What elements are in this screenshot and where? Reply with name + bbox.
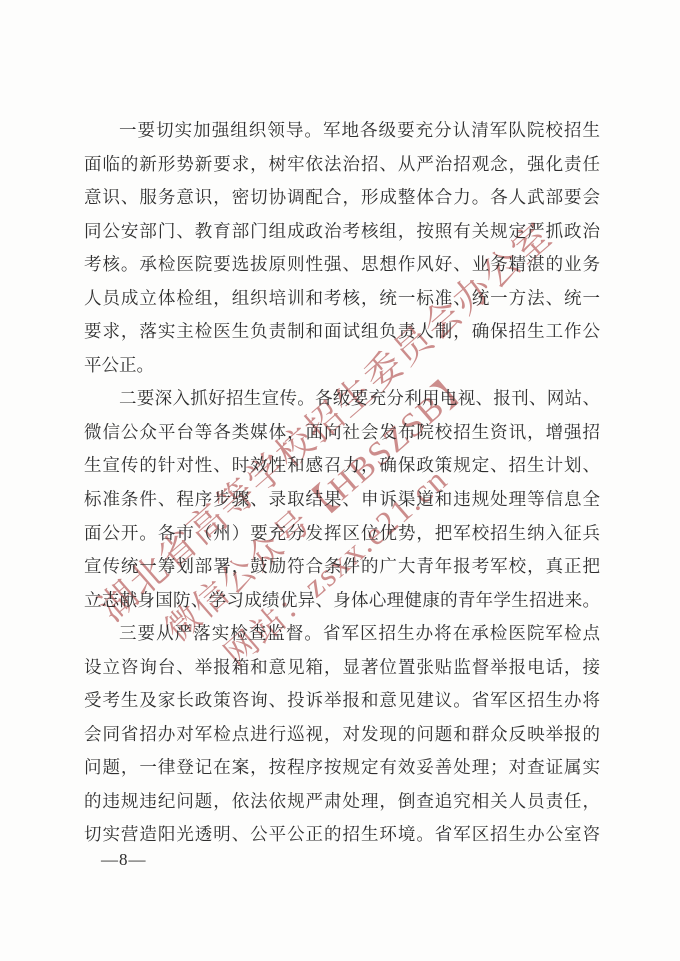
text-line: 考核。承检医院要选拔原则性强、思想作风好、业务精湛的业务 [84, 248, 600, 282]
text-line: 三要从严落实检查监督。省军区招生办将在承检医院军检点 [84, 617, 600, 651]
text-line: 二要深入抓好招生宣传。各级要充分利用电视、报刊、网站、 [84, 382, 600, 416]
text-line: 生宣传的针对性、时效性和感召力，确保政策规定、招生计划、 [84, 449, 600, 483]
text-line: 标准条件、程序步骤、录取结果、申诉渠道和违规处理等信息全 [84, 483, 600, 517]
text-line: 切实营造阳光透明、公平公正的招生环境。省军区招生办公室咨 [84, 818, 600, 852]
text-line: 面公开。各市（州）要充分发挥区位优势，把军校招生纳入征兵 [84, 517, 600, 551]
text-line: 的违规违纪问题，依法依规严肃处理，倒查追究相关人员责任， [84, 785, 600, 819]
text-line: 微信公众平台等各类媒体，面向社会发布院校招生资讯，增强招 [84, 416, 600, 450]
text-line: 设立咨询台、举报箱和意见箱，显著位置张贴监督举报电话，接 [84, 651, 600, 685]
text-line: 立志献身国防、学习成绩优异、身体心理健康的青年学生招进来。 [84, 584, 600, 618]
text-line: 平公正。 [84, 349, 600, 383]
text-line: 宣传统一筹划部署，鼓励符合条件的广大青年报考军校，真正把 [84, 550, 600, 584]
text-line: 人员成立体检组，组织培训和考核，统一标准、统一方法、统一 [84, 282, 600, 316]
text-line: 受考生及家长政策咨询、投诉举报和意见建议。省军区招生办将 [84, 684, 600, 718]
text-line: 意识、服务意识，密切协调配合，形成整体合力。各人武部要会 [84, 181, 600, 215]
paragraph: 二要深入抓好招生宣传。各级要充分利用电视、报刊、网站、 微信公众平台等各类媒体，… [84, 382, 600, 617]
text-line: 面临的新形势新要求，树牢依法治招、从严治招观念，强化责任 [84, 148, 600, 182]
document-body: 一要切实加强组织领导。军地各级要充分认清军队院校招生 面临的新形势新要求，树牢依… [84, 114, 600, 852]
text-line: 会同省招办对军检点进行巡视，对发现的问题和群众反映举报的 [84, 718, 600, 752]
document-page: 湖北省高等学校招生委员会办公室 微信公众号【HBSZSB】 网站：zsxx.e2… [0, 0, 680, 961]
text-line: 一要切实加强组织领导。军地各级要充分认清军队院校招生 [84, 114, 600, 148]
text-line: 要求，落实主检医生负责制和面试组负责人制，确保招生工作公 [84, 315, 600, 349]
paragraph: 三要从严落实检查监督。省军区招生办将在承检医院军检点 设立咨询台、举报箱和意见箱… [84, 617, 600, 852]
text-line: 问题，一律登记在案，按程序按规定有效妥善处理；对查证属实 [84, 751, 600, 785]
paragraph: 一要切实加强组织领导。军地各级要充分认清军队院校招生 面临的新形势新要求，树牢依… [84, 114, 600, 382]
page-number: —8— [101, 850, 147, 870]
text-line: 同公安部门、教育部门组成政治考核组，按照有关规定严抓政治 [84, 215, 600, 249]
